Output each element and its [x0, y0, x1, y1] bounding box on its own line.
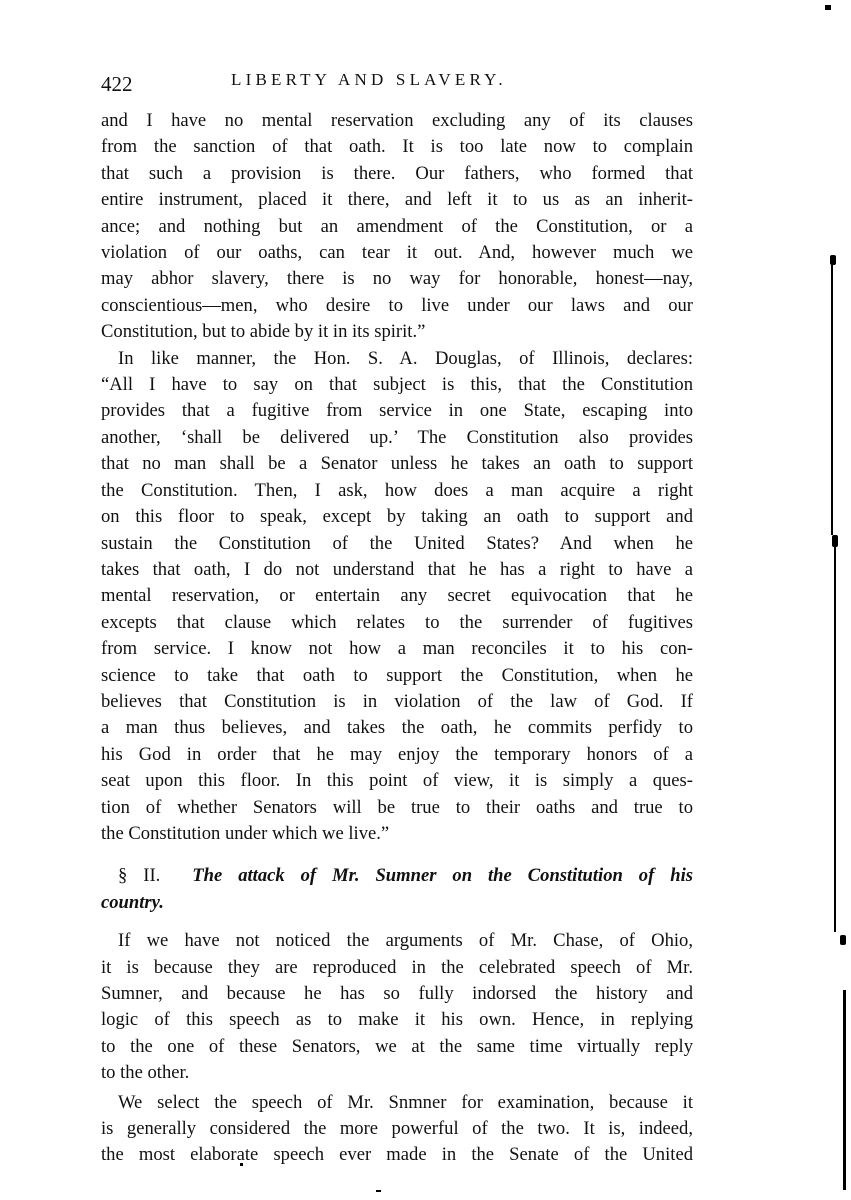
text-line: the Constitution under which we live.” — [101, 821, 693, 847]
text-line: “All I have to say on that subject is th… — [101, 372, 693, 398]
paragraph-3: If we have not noticed the arguments of … — [101, 928, 693, 1086]
text-line: Sumner, and because he has so fully indo… — [101, 981, 693, 1007]
text-line: Constitution, but to abide by it in its … — [101, 319, 693, 345]
scan-mark-arrow-2 — [832, 535, 838, 547]
margin-rule-upper — [831, 265, 833, 535]
text-line: If we have not noticed the arguments of … — [101, 928, 693, 954]
section-number: § II. — [101, 865, 160, 886]
text-line: excepts that clause which relates to the… — [101, 610, 693, 636]
scan-mark-top — [825, 5, 831, 10]
text-line: that no man shall be a Senator unless he… — [101, 451, 693, 477]
text-line: mental reservation, or entertain any sec… — [101, 583, 693, 609]
scan-dot-bottom — [240, 1163, 243, 1166]
text-line: In like manner, the Hon. S. A. Douglas, … — [101, 346, 693, 372]
text-line: the most elaborate speech ever made in t… — [101, 1142, 693, 1168]
text-line: that such a provision is there. Our fath… — [101, 161, 693, 187]
text-line: to the one of these Senators, we at the … — [101, 1034, 693, 1060]
text-line: provides that a fugitive from service in… — [101, 398, 693, 424]
margin-rule-lower — [843, 990, 846, 1190]
section-title-line-1: The attack of Mr. Sumner on the Constitu… — [192, 865, 693, 886]
text-line: We select the speech of Mr. Snmner for e… — [101, 1090, 693, 1116]
text-line: from the sanction of that oath. It is to… — [101, 134, 693, 160]
text-line: violation of our oaths, can tear it out.… — [101, 240, 693, 266]
text-line: science to take that oath to support the… — [101, 663, 693, 689]
text-line: may abhor slavery, there is no way for h… — [101, 266, 693, 292]
text-line: tion of whether Senators will be true to… — [101, 795, 693, 821]
scan-dot-bottom-2 — [376, 1190, 381, 1192]
text-line: seat upon this floor. In this point of v… — [101, 768, 693, 794]
paragraph-1: and I have no mental reservation excludi… — [101, 108, 693, 346]
section-title-line-2: country. — [101, 890, 693, 916]
text-line: conscientious—men, who desire to live un… — [101, 293, 693, 319]
text-line: logic of this speech as to make it his o… — [101, 1007, 693, 1033]
running-header: 422 LIBERTY AND SLAVERY. — [101, 68, 693, 98]
paragraph-2: In like manner, the Hon. S. A. Douglas, … — [101, 346, 693, 848]
paragraph-4: We select the speech of Mr. Snmner for e… — [101, 1090, 693, 1169]
text-line: believes that Constitution is in violati… — [101, 689, 693, 715]
scan-mark-arrow-3 — [840, 935, 846, 945]
text-line: takes that oath, I do not understand tha… — [101, 557, 693, 583]
text-line: and I have no mental reservation excludi… — [101, 108, 693, 134]
text-line: another, ‘shall be delivered up.’ The Co… — [101, 425, 693, 451]
text-line: to the other. — [101, 1060, 693, 1086]
section-heading: § II. The attack of Mr. Sumner on the Co… — [101, 863, 693, 916]
margin-rule-middle — [834, 547, 836, 932]
scan-mark-arrow-1 — [830, 255, 836, 265]
page-number: 422 — [101, 72, 133, 97]
text-line: entire instrument, placed it there, and … — [101, 187, 693, 213]
text-line: on this floor to speak, except by taking… — [101, 504, 693, 530]
text-line: sustain the Constitution of the United S… — [101, 531, 693, 557]
text-line: a man thus believes, and takes the oath,… — [101, 715, 693, 741]
text-line: ance; and nothing but an amendment of th… — [101, 214, 693, 240]
book-page: 422 LIBERTY AND SLAVERY. and I have no m… — [101, 68, 693, 1169]
text-line: is generally considered the more powerfu… — [101, 1116, 693, 1142]
text-line: from service. I know not how a man recon… — [101, 636, 693, 662]
running-title: LIBERTY AND SLAVERY. — [231, 70, 507, 90]
text-line: it is because they are reproduced in the… — [101, 955, 693, 981]
text-line: the Constitution. Then, I ask, how does … — [101, 478, 693, 504]
text-line: his God in order that he may enjoy the t… — [101, 742, 693, 768]
